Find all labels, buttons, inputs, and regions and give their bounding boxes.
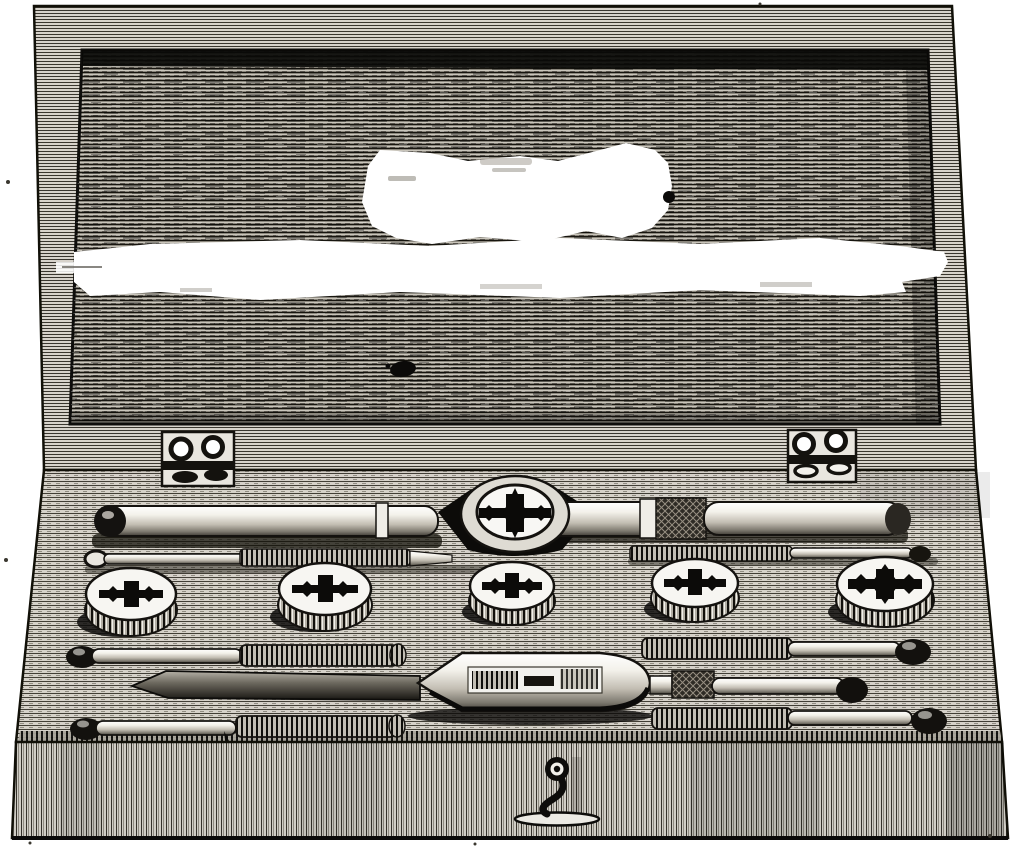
tap-wrench-rod-cap bbox=[836, 677, 868, 703]
tap-wrench-chuck-detail bbox=[468, 667, 602, 693]
lid-bottom-shadow bbox=[72, 414, 938, 423]
die-stock-right-cap bbox=[885, 503, 911, 535]
front-panel bbox=[12, 742, 1008, 838]
tap-wrench-neck bbox=[650, 676, 672, 694]
hinge-right bbox=[788, 430, 856, 482]
die-stock-left-cap bbox=[94, 505, 126, 537]
latch-ring-center bbox=[554, 766, 560, 772]
tap-wrench-left-handle bbox=[132, 671, 420, 700]
lid-ink-dot bbox=[663, 191, 675, 203]
front-panel-face bbox=[12, 742, 1008, 838]
die-stock-right-arm bbox=[704, 502, 902, 535]
hinge-left bbox=[162, 432, 234, 486]
tap-and-die-set-engraving bbox=[0, 0, 1024, 847]
die-stock-left-joint bbox=[376, 503, 388, 538]
engraving-stage: Black-and-white engraving of an open woo… bbox=[0, 0, 1024, 847]
lid bbox=[34, 6, 976, 470]
tap-wrench-knurled-collar bbox=[672, 671, 714, 698]
die-stock-knurled-grip bbox=[656, 498, 706, 539]
whited-out-label-patch bbox=[362, 143, 672, 244]
tap-wrench-rod bbox=[712, 678, 844, 694]
whited-out-band bbox=[56, 238, 948, 300]
latch-base-plate bbox=[515, 813, 599, 826]
